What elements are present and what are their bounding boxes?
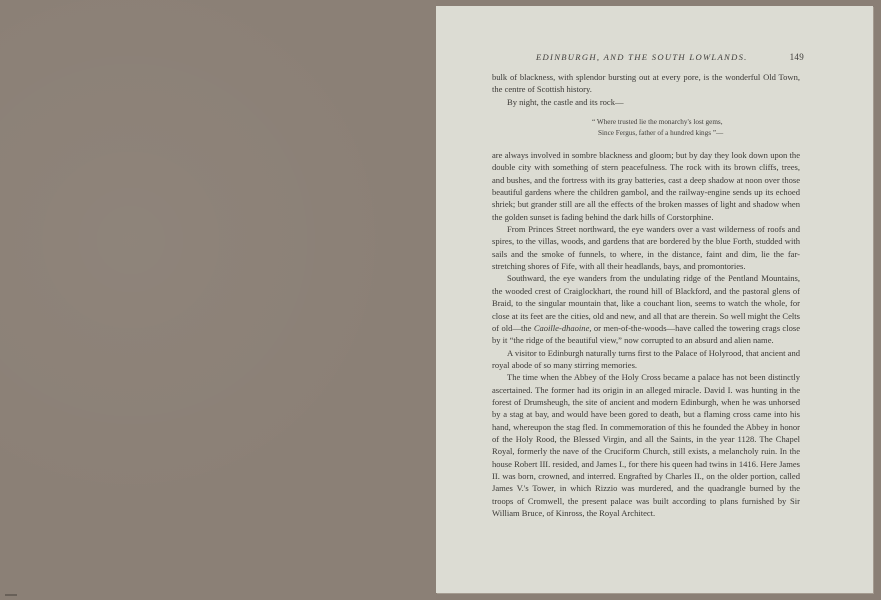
body-text: bulk of blackness, with splendor burstin… — [492, 71, 800, 519]
book-page: EDINBURGH, AND THE SOUTH LOWLANDS. 149 b… — [436, 6, 873, 593]
paragraph: are always involved in sombre blackness … — [492, 149, 800, 223]
page-number: 149 — [790, 52, 804, 62]
board-mark — [5, 594, 17, 596]
paragraph: The time when the Abbey of the Holy Cros… — [492, 371, 800, 519]
paragraph: A visitor to Edinburgh naturally turns f… — [492, 347, 800, 372]
paragraph: By night, the castle and its rock— — [492, 96, 800, 108]
verse-line: Since Fergus, father of a hundred kings … — [592, 128, 800, 139]
running-head: EDINBURGH, AND THE SOUTH LOWLANDS. 149 — [492, 52, 804, 62]
paragraph: Southward, the eye wanders from the undu… — [492, 272, 800, 346]
left-cover-board — [0, 0, 436, 600]
italic-term: Caoille-dhaoine — [534, 323, 590, 333]
verse-line: “ Where trusted lie the monarchy's lost … — [592, 117, 800, 128]
paragraph: bulk of blackness, with splendor burstin… — [492, 71, 800, 96]
verse-quotation: “ Where trusted lie the monarchy's lost … — [492, 117, 800, 138]
paragraph: From Princes Street northward, the eye w… — [492, 223, 800, 272]
running-head-title: EDINBURGH, AND THE SOUTH LOWLANDS. — [536, 52, 748, 62]
